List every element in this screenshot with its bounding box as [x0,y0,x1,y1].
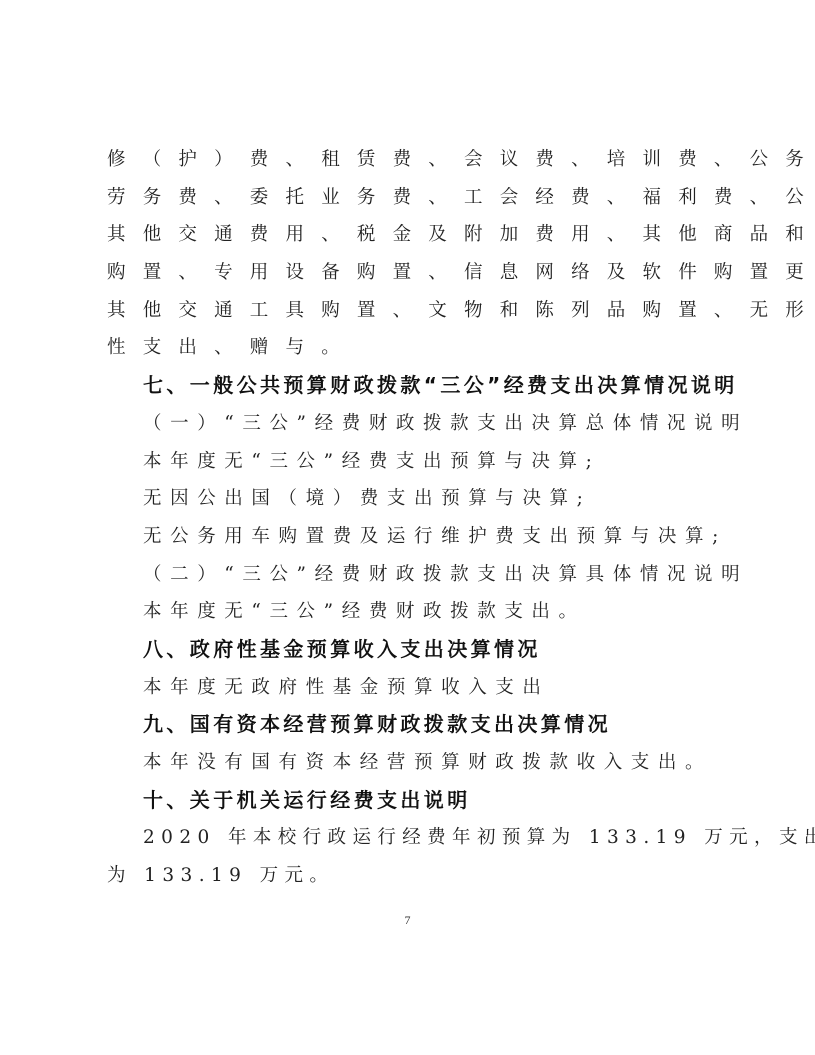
body-text-line: 为 133.19 万元。 [107,857,727,895]
subsection-heading-7-1: （一）“三公”经费财政拨款支出决算总体情况说明 [107,405,727,443]
document-page: 修（护）费、租赁费、会议费、培训费、公务接待费、专用材料费、 劳务费、委托业务费… [0,0,815,1055]
section-heading-10: 十、关于机关运行经费支出说明 [107,782,727,820]
body-text-line: 2020 年本校行政运行经费年初预算为 133.19 万元，支出决算 [107,819,727,857]
page-number: 7 [0,913,815,928]
body-text-line: 本年没有国有资本经营预算财政拨款收入支出。 [107,744,727,782]
body-text-line: 本年度无“三公”经费支出预算与决算; [107,443,727,481]
section-heading-8: 八、政府性基金预算收入支出决算情况 [107,631,727,669]
body-text-line: 无公务用车购置费及运行维护费支出预算与决算; [107,518,727,556]
body-text-line: 本年度无“三公”经费财政拨款支出。 [107,593,727,631]
body-text-line: 其他交通费用、税金及附加费用、其他商品和服务支出、办公设备 [107,216,727,254]
body-text-line: 修（护）费、租赁费、会议费、培训费、公务接待费、专用材料费、 [107,141,727,179]
body-text-line: 性支出、赠与。 [107,329,727,367]
section-heading-7: 七、一般公共预算财政拨款“三公”经费支出决算情况说明 [107,367,727,405]
body-text-line: 购置、专用设备购置、信息网络及软件购置更新、公务用车购置、 [107,254,727,292]
body-text-line: 其他交通工具购置、文物和陈列品购置、无形资产购置、其他资本 [107,292,727,330]
body-text-line: 劳务费、委托业务费、工会经费、福利费、公务用车运行维护费、 [107,179,727,217]
page-content: 修（护）费、租赁费、会议费、培训费、公务接待费、专用材料费、 劳务费、委托业务费… [107,141,727,895]
subsection-heading-7-2: （二）“三公”经费财政拨款支出决算具体情况说明 [107,556,727,594]
body-text-line: 本年度无政府性基金预算收入支出 [107,669,727,707]
body-text-line: 无因公出国（境）费支出预算与决算; [107,480,727,518]
section-heading-9: 九、国有资本经营预算财政拨款支出决算情况 [107,706,727,744]
